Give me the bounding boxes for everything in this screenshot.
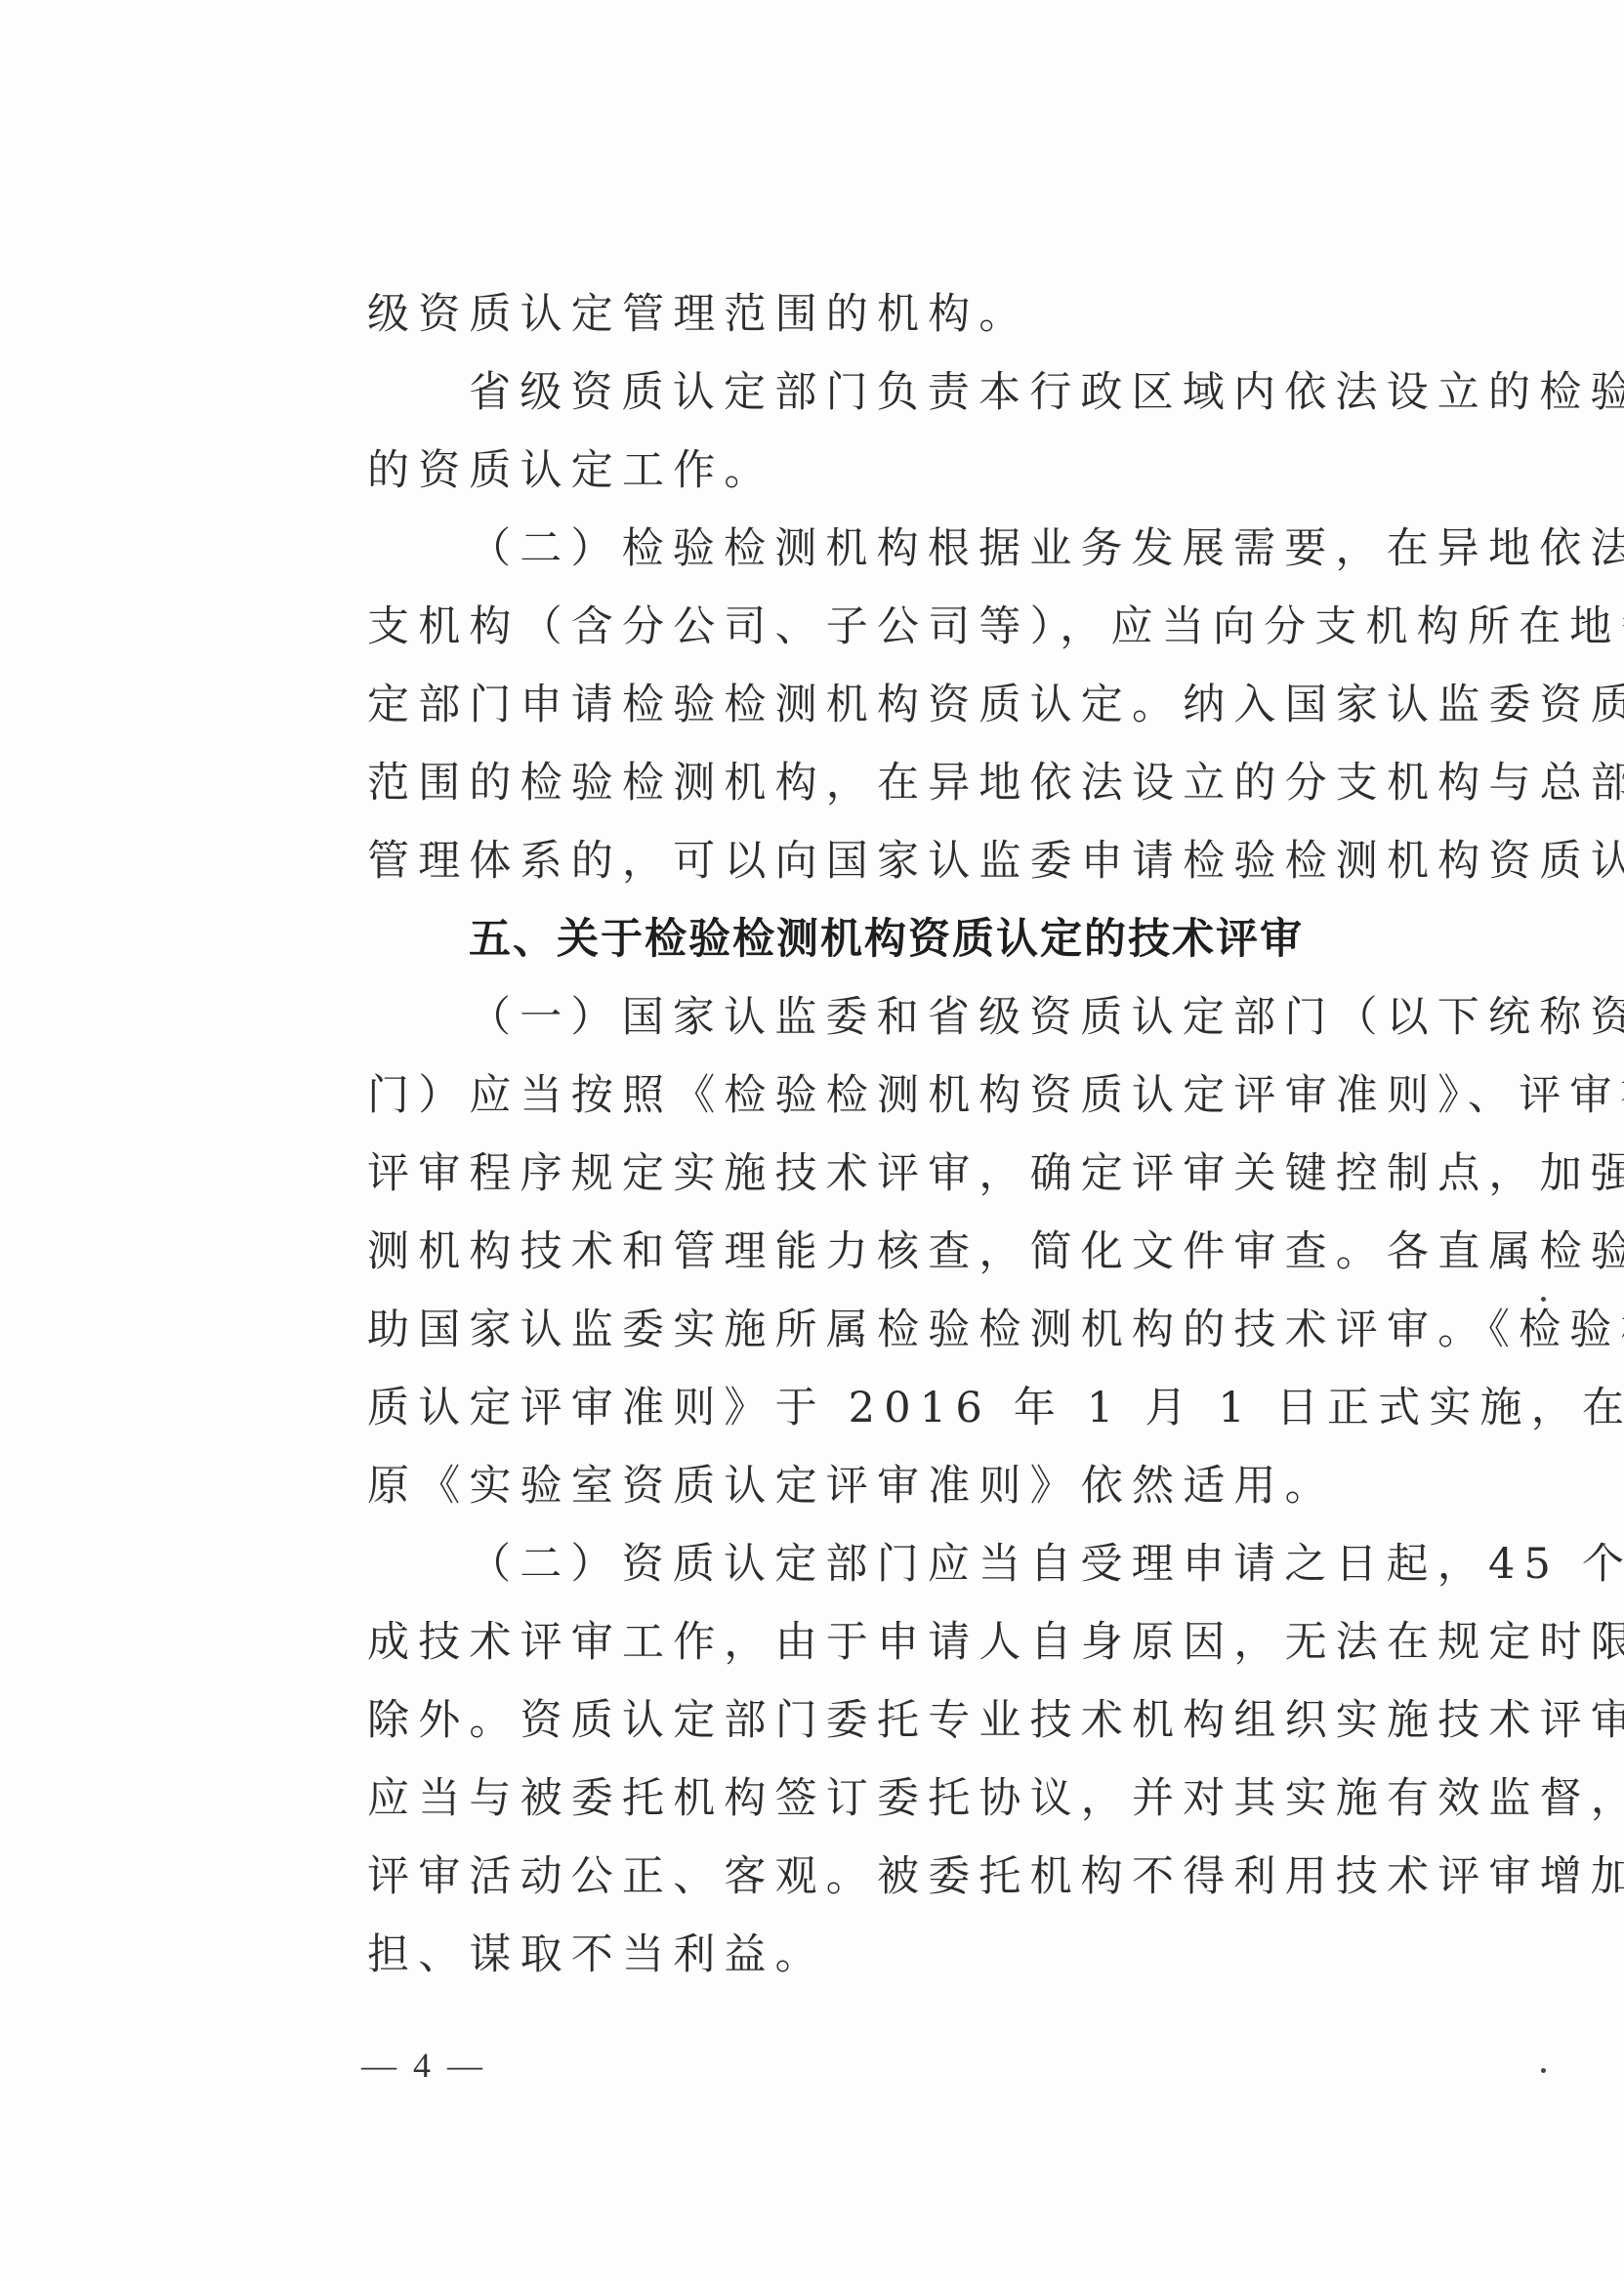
document-page: 级资质认定管理范围的机构。 省级资质认定部门负责本行政区域内依法设立的检验检测机…: [0, 0, 1624, 2281]
text-line: 评审活动公正、客观。被委托机构不得利用技术评审增加申请人负: [367, 1838, 1531, 1916]
scan-speck: [1541, 1297, 1546, 1302]
scan-speck: [1541, 610, 1546, 615]
text-line: （二）检验检测机构根据业务发展需要，在异地依法设立的分: [367, 510, 1531, 588]
text-line: 的资质认定工作。: [367, 432, 1531, 510]
page-number: — 4 —: [361, 2045, 486, 2086]
body-text: 级资质认定管理范围的机构。 省级资质认定部门负责本行政区域内依法设立的检验检测机…: [367, 275, 1531, 1994]
section-heading: 五、关于检验检测机构资质认定的技术评审: [367, 900, 1531, 978]
text-line: 支机构（含分公司、子公司等），应当向分支机构所在地省级资质认: [367, 588, 1531, 666]
text-line: 原《实验室资质认定评审准则》依然适用。: [367, 1447, 1531, 1525]
text-line: 质认定评审准则》于 2016 年 1 月 1 日正式实施，在正式实施之前，: [367, 1369, 1531, 1447]
text-line: 除外。资质认定部门委托专业技术机构组织实施技术评审工作的，: [367, 1681, 1531, 1760]
text-line: 应当与被委托机构签订委托协议，并对其实施有效监督，保证技术: [367, 1760, 1531, 1838]
text-line: 测机构技术和管理能力核查，简化文件审查。各直属检验检疫局协: [367, 1213, 1531, 1291]
text-line: （一）国家认监委和省级资质认定部门（以下统称资质认定部: [367, 978, 1531, 1057]
text-line: 定部门申请检验检测机构资质认定。纳入国家认监委资质认定管理: [367, 666, 1531, 744]
text-line: （二）资质认定部门应当自受理申请之日起，45 个工作日内完: [367, 1525, 1531, 1603]
text-line: 管理体系的，可以向国家认监委申请检验检测机构资质认定。: [367, 822, 1531, 900]
text-line: 级资质认定管理范围的机构。: [367, 275, 1531, 353]
text-line: 评审程序规定实施技术评审，确定评审关键控制点，加强对检验检: [367, 1135, 1531, 1213]
text-line: 省级资质认定部门负责本行政区域内依法设立的检验检测机构: [367, 353, 1531, 432]
text-line: 门）应当按照《检验检测机构资质认定评审准则》、评审补充要求和: [367, 1057, 1531, 1135]
text-line: 成技术评审工作，由于申请人自身原因，无法在规定时限内完成的: [367, 1603, 1531, 1681]
text-line: 担、谋取不当利益。: [367, 1916, 1531, 1994]
text-line: 助国家认监委实施所属检验检测机构的技术评审。《检验检测机构资: [367, 1291, 1531, 1369]
text-line: 范围的检验检测机构，在异地依法设立的分支机构与总部实行统一: [367, 744, 1531, 822]
scan-speck: [1264, 1497, 1267, 1503]
scan-speck: [1541, 2068, 1546, 2073]
